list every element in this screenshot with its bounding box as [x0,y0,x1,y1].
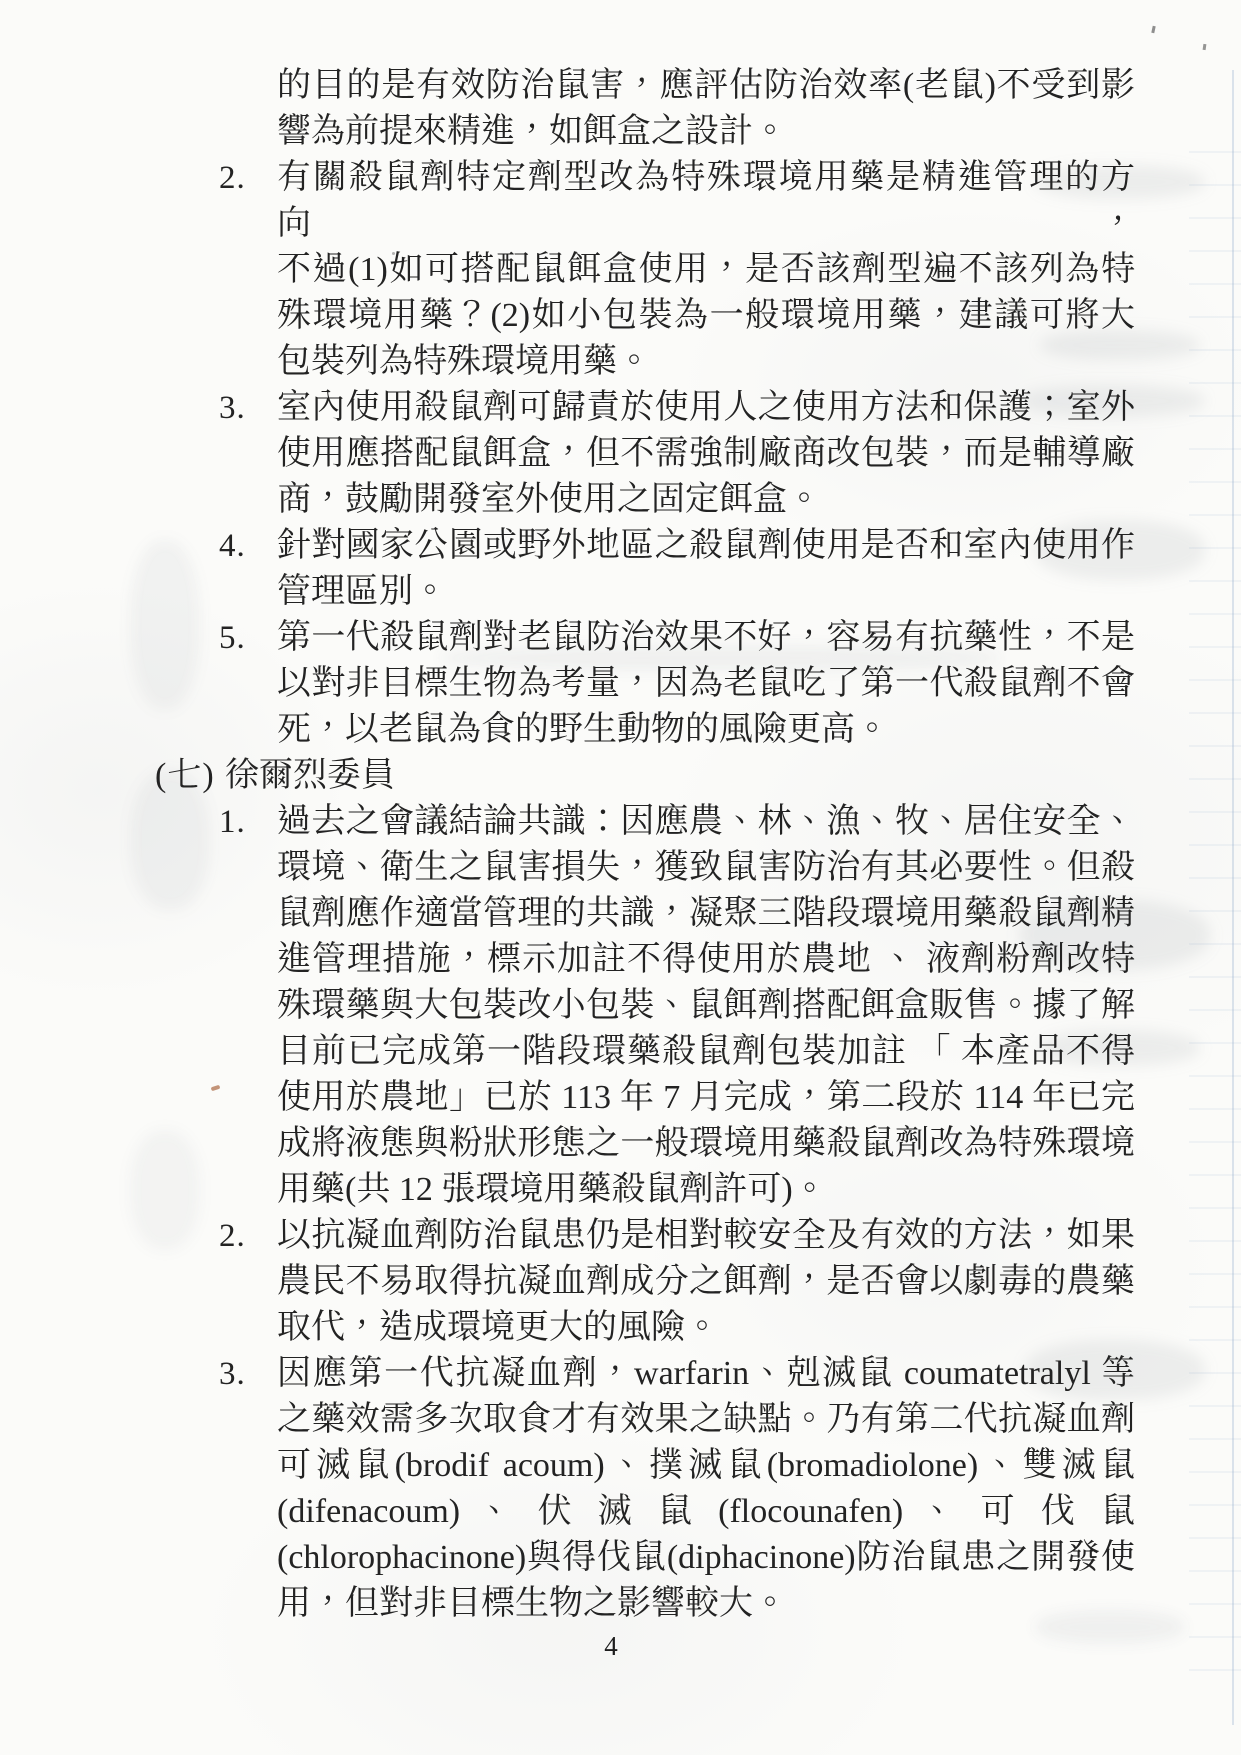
numbered-list-item: 1.過去之會議結論共識：因應農、林、漁、牧、居住安全、環境、衛生之鼠害損失，獲致… [155,799,1139,1213]
item-number: 4. [219,523,277,569]
text-line: 殊環境用藥？(2)如小包裝為一般環境用藥，建議可將大 [277,293,1135,339]
text-line: 室內使用殺鼠劑可歸責於使用人之使用方法和保護；室外 [277,385,1135,431]
item-number: 5. [219,615,277,661]
text-line: 不過(1)如可搭配鼠餌盒使用，是否該劑型遍不該列為特 [277,247,1135,293]
numbered-list-item: 2.有關殺鼠劑特定劑型改為特殊環境用藥是精進管理的方向，不過(1)如可搭配鼠餌盒… [155,155,1139,385]
text-line: 使用於農地」已於 113 年 7 月完成，第二段於 114 年已完 [277,1075,1135,1121]
numbered-list-item: 3.室內使用殺鼠劑可歸責於使用人之使用方法和保護；室外使用應搭配鼠餌盒，但不需強… [155,385,1139,523]
item-number: 2. [219,1213,277,1259]
text-line: (chlorophacinone)與得伐鼠(diphacinone)防治鼠患之開… [277,1535,1135,1581]
text-line: 目前已完成第一階段環藥殺鼠劑包裝加註 「 本產品不得 [277,1029,1135,1075]
text-line: 的目的是有效防治鼠害，應評估防治效率(老鼠)不受到影 [277,63,1135,109]
text-line: 農民不易取得抗凝血劑成分之餌劑，是否會以劇毒的農藥 [277,1259,1135,1305]
item-number: 3. [219,1351,277,1397]
text-line: 用藥(共 12 張環境用藥殺鼠劑許可)。 [277,1167,1135,1213]
text-line: (difenacoum) 、 伏 滅 鼠 (flocounafen) 、 可 伐… [277,1489,1135,1535]
item-text: 以抗凝血劑防治鼠患仍是相對較安全及有效的方法，如果農民不易取得抗凝血劑成分之餌劑… [277,1213,1135,1351]
text-line: 以對非目標生物為考量，因為老鼠吃了第一代殺鼠劑不會 [277,661,1135,707]
text-line: 有關殺鼠劑特定劑型改為特殊環境用藥是精進管理的方向， [277,155,1135,247]
text-line: 取代，造成環境更大的風險。 [277,1305,1135,1351]
text-line: 商，鼓勵開發室外使用之固定餌盒。 [277,477,1135,523]
scan-speck [1203,44,1207,50]
text-line: 進管理措施，標示加註不得使用於農地 、 液劑粉劑改特 [277,937,1135,983]
item-text: 過去之會議結論共識：因應農、林、漁、牧、居住安全、環境、衛生之鼠害損失，獲致鼠害… [277,799,1135,1213]
text-line: 管理區別。 [277,569,1135,615]
text-line: 成將液態與粉狀形態之一般環境用藥殺鼠劑改為特殊環境 [277,1121,1135,1167]
text-line: 以抗凝血劑防治鼠患仍是相對較安全及有效的方法，如果 [277,1213,1135,1259]
text-line: 包裝列為特殊環境用藥。 [277,339,1135,385]
item-text: 第一代殺鼠劑對老鼠防治效果不好，容易有抗藥性，不是以對非目標生物為考量，因為老鼠… [277,615,1135,753]
text-line: 之藥效需多次取食才有效果之缺點。乃有第二代抗凝血劑 [277,1397,1135,1443]
numbered-list-item: 5.第一代殺鼠劑對老鼠防治效果不好，容易有抗藥性，不是以對非目標生物為考量，因為… [155,615,1139,753]
document-body: 的目的是有效防治鼠害，應評估防治效率(老鼠)不受到影響為前提來精進，如餌盒之設計… [155,63,1139,1627]
section-label: (七) [155,753,225,799]
text-line: 鼠劑應作適當管理的共識，凝聚三階段環境用藥殺鼠劑精 [277,891,1135,937]
text-line: 徐爾烈委員 [225,753,1083,799]
text-line: 針對國家公園或野外地區之殺鼠劑使用是否和室內使用作 [277,523,1135,569]
item-text: 針對國家公園或野外地區之殺鼠劑使用是否和室內使用作管理區別。 [277,523,1135,615]
numbered-list-item: 4.針對國家公園或野外地區之殺鼠劑使用是否和室內使用作管理區別。 [155,523,1139,615]
item-text: 室內使用殺鼠劑可歸責於使用人之使用方法和保護；室外使用應搭配鼠餌盒，但不需強制廠… [277,385,1135,523]
item-number: 1. [219,799,277,845]
numbered-list-item: 2.以抗凝血劑防治鼠患仍是相對較安全及有效的方法，如果農民不易取得抗凝血劑成分之… [155,1213,1139,1351]
heading-text: 徐爾烈委員 [225,753,1083,799]
numbered-list-item: 3.因應第一代抗凝血劑，warfarin、剋滅鼠 coumatetralyl 等… [155,1351,1139,1627]
item-number: 3. [219,385,277,431]
text-line: 第一代殺鼠劑對老鼠防治效果不好，容易有抗藥性，不是 [277,615,1135,661]
text-line: 因應第一代抗凝血劑，warfarin、剋滅鼠 coumatetralyl 等 [277,1351,1135,1397]
scan-speck [1151,26,1155,33]
item-text: 有關殺鼠劑特定劑型改為特殊環境用藥是精進管理的方向，不過(1)如可搭配鼠餌盒使用… [277,155,1135,385]
text-line: 殊環藥與大包裝改小包裝、鼠餌劑搭配餌盒販售。據了解 [277,983,1135,1029]
text-line: 使用應搭配鼠餌盒，但不需強制廠商改包裝，而是輔導廠 [277,431,1135,477]
item-text: 的目的是有效防治鼠害，應評估防治效率(老鼠)不受到影響為前提來精進，如餌盒之設計… [277,63,1135,155]
section-heading: (七)徐爾烈委員 [155,753,1139,799]
text-line: 可滅鼠(brodif acoum)、撲滅鼠(bromadiolone)、雙滅鼠 [277,1443,1135,1489]
page-number: 4 [0,1631,1222,1662]
item-text: 因應第一代抗凝血劑，warfarin、剋滅鼠 coumatetralyl 等之藥… [277,1351,1135,1627]
item-number: 2. [219,155,277,201]
text-line: 死，以老鼠為食的野生動物的風險更高。 [277,707,1135,753]
text-line: 用，但對非目標生物之影響較大。 [277,1581,1135,1627]
text-line: 環境、衛生之鼠害損失，獲致鼠害防治有其必要性。但殺 [277,845,1135,891]
scan-edge-line [1232,70,1234,1725]
numbered-list-item: 的目的是有效防治鼠害，應評估防治效率(老鼠)不受到影響為前提來精進，如餌盒之設計… [155,63,1139,155]
text-line: 過去之會議結論共識：因應農、林、漁、牧、居住安全、 [277,799,1135,845]
text-line: 響為前提來精進，如餌盒之設計。 [277,109,1135,155]
